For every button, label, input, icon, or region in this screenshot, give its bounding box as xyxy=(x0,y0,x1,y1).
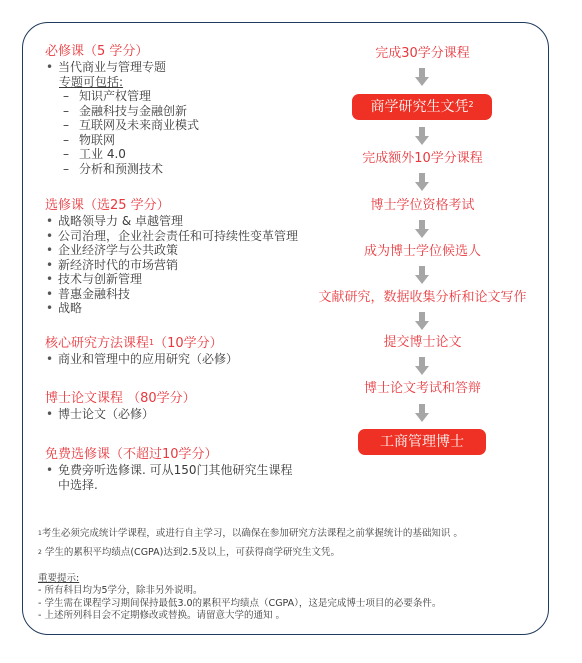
core-research-heading-text: 核心研究方法课程 xyxy=(45,336,149,351)
important-note: - 上述所列科目会不定期修改或替换。请留意大学的通知 。 xyxy=(38,610,548,623)
free-electives-section: 免费选修课（不超过10学分） 免费旁听选修课. 可从150门其他研究生课程中选择… xyxy=(45,447,345,492)
topic-label: 金融科技与金融创新 xyxy=(79,104,187,118)
flow-box-label: 商学研究生文凭 xyxy=(370,99,468,115)
topic-label: 工业 4.0 xyxy=(79,147,126,161)
topics-sub-label: 专题可包括: xyxy=(45,75,345,90)
flow-step-qualifying-exam: 博士学位资格考试 xyxy=(300,198,545,214)
important-note: - 所有科目均为5学分，除非另外说明。 xyxy=(38,585,548,598)
arrow-down-icon xyxy=(415,220,429,238)
arrow-down-icon xyxy=(415,127,429,145)
flow-step-extra-10-credits: 完成额外10学分课程 xyxy=(300,151,545,167)
flow-box-postgraduate-diploma: 商学研究生文凭2 xyxy=(352,94,492,120)
arrow-down-icon xyxy=(415,357,429,375)
arrow-down-icon xyxy=(415,312,429,330)
free-electives-list: 免费旁听选修课. 可从150门其他研究生课程中选择. xyxy=(45,463,345,492)
arrow-down-icon xyxy=(415,404,429,422)
core-research-credits: （10学分） xyxy=(154,336,223,351)
required-courses-list: 当代商业与管理专题 xyxy=(45,60,345,75)
list-item: 商业和管理中的应用研究（必修） xyxy=(45,352,345,367)
footnote-text: 学生的累积平均绩点(CGPA)达到2.5及以上，可获得商学研究生文凭。 xyxy=(42,547,340,558)
arrow-down-icon xyxy=(415,266,429,284)
footnote-2: 2 学生的累积平均绩点(CGPA)达到2.5及以上，可获得商学研究生文凭。 xyxy=(38,547,548,559)
list-item: 战略领导力 & 卓越管理 xyxy=(45,214,345,229)
flow-step-thesis-defense: 博士论文考试和答辩 xyxy=(300,381,545,397)
footnote-1: 1考生必须完成统计学课程，或进行自主学习，以确保在参加研究方法课程之前掌握统计的… xyxy=(38,528,548,540)
topic-label: 分析和预测技术 xyxy=(79,162,163,176)
list-item: 公司治理，企业社会责任和可持续性变革管理 xyxy=(45,229,345,244)
list-item: 当代商业与管理专题 xyxy=(45,60,345,75)
flow-box-dba: 工商管理博士 xyxy=(358,429,486,455)
topic-item: –互联网及未来商业模式 xyxy=(45,118,345,133)
topic-label: 互联网及未来商业模式 xyxy=(79,118,199,132)
footnote-marker: 1 xyxy=(149,338,154,347)
topic-label: 知识产权管理 xyxy=(79,89,151,103)
important-notes-title: 重要提示: xyxy=(38,573,548,585)
footnote-text: 考生必须完成统计学课程，或进行自主学习，以确保在参加研究方法课程之前掌握统计的基… xyxy=(42,528,463,539)
topic-item: –物联网 xyxy=(45,133,345,148)
core-research-list: 商业和管理中的应用研究（必修） xyxy=(45,352,345,367)
list-item: 博士论文（必修） xyxy=(45,407,345,422)
list-item: 技术与创新管理 xyxy=(45,272,345,287)
topic-label: 物联网 xyxy=(79,133,115,147)
flow-step-complete-30-credits: 完成30学分课程 xyxy=(300,46,545,62)
arrow-down-icon xyxy=(415,68,429,86)
topic-item: –金融科技与金融创新 xyxy=(45,104,345,119)
thesis-list: 博士论文（必修） xyxy=(45,407,345,422)
footnotes-section: 1考生必须完成统计学课程，或进行自主学习，以确保在参加研究方法课程之前掌握统计的… xyxy=(38,528,548,623)
important-note: - 学生需在课程学习期间保持最低3.0的累积平均绩点（CGPA），这是完成博士项… xyxy=(38,598,548,611)
arrow-down-icon xyxy=(415,173,429,191)
flow-step-submit-thesis: 提交博士论文 xyxy=(300,335,545,351)
free-electives-heading: 免费选修课（不超过10学分） xyxy=(45,447,345,463)
footnote-marker: 2 xyxy=(468,100,473,109)
topic-item: –知识产权管理 xyxy=(45,89,345,104)
flow-step-doctoral-candidate: 成为博士学位候选人 xyxy=(300,244,545,260)
list-item: 免费旁听选修课. 可从150门其他研究生课程中选择. xyxy=(45,463,298,492)
flow-step-research-and-writing: 文献研究，数据收集分析和论文写作 xyxy=(300,290,545,306)
